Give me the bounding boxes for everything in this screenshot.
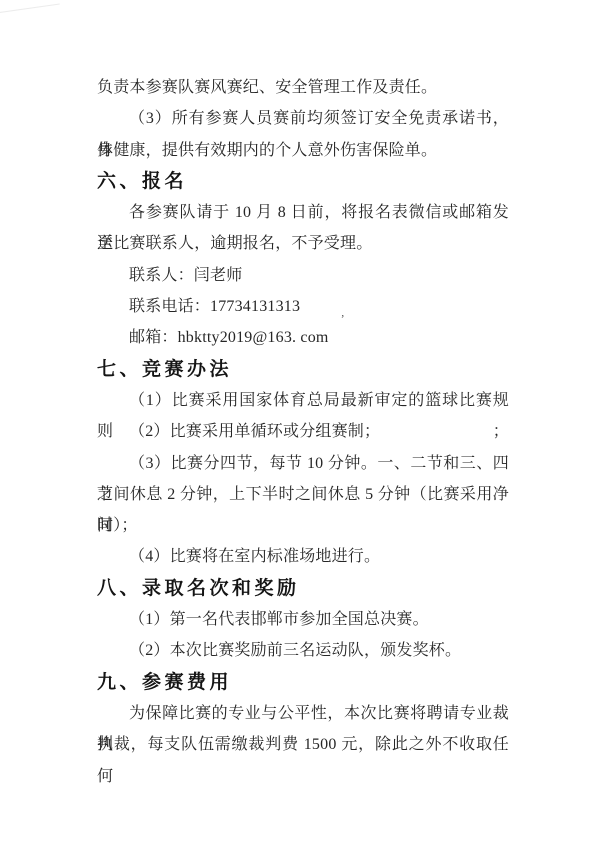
contact-phone-line: 联系电话：17734131313, bbox=[97, 291, 509, 322]
body-line: 各参赛队请于 10 月 8 日前，将报名表微信或邮箱发送 bbox=[97, 197, 509, 228]
body-line: 负责本参赛队赛风赛纪、安全管理工作及责任。 bbox=[97, 72, 509, 103]
contact-email-line: 邮箱：hbktty2019@163. com bbox=[97, 322, 509, 353]
body-line: 为保障比赛的专业与公平性，本次比赛将聘请专业裁判 bbox=[97, 698, 509, 729]
body-line: （1）比赛采用国家体育总局最新审定的篮球比赛规则； bbox=[97, 385, 509, 416]
document-page: 负责本参赛队赛风赛纪、安全管理工作及责任。 （3）所有参赛人员赛前均须签订安全免… bbox=[0, 0, 600, 846]
body-line: （3）所有参赛人员赛前均须签订安全免责承诺书，身 bbox=[97, 103, 509, 134]
scan-artifact-line bbox=[0, 4, 60, 14]
body-line: 至比赛联系人，逾期报名，不予受理。 bbox=[97, 228, 509, 259]
stray-mark: , bbox=[309, 297, 344, 328]
body-line: （4）比赛将在室内标准场地进行。 bbox=[97, 541, 509, 572]
contact-phone-text: 联系电话：17734131313 bbox=[129, 298, 300, 315]
section-heading-registration: 六、报名 bbox=[97, 166, 509, 197]
contact-person-line: 联系人：闫老师 bbox=[97, 260, 509, 291]
body-line: 体健康，提供有效期内的个人意外伤害保险单。 bbox=[97, 135, 509, 166]
section-heading-entry-fee: 九、参赛费用 bbox=[97, 667, 509, 698]
section-heading-competition-rules: 七、竞赛办法 bbox=[97, 354, 509, 385]
section-heading-ranking-awards: 八、录取名次和奖励 bbox=[97, 573, 509, 604]
body-line: 之间休息 2 分钟，上下半时之间休息 5 分钟（比赛采用净时 bbox=[97, 479, 509, 510]
body-line: 间）； bbox=[97, 510, 509, 541]
body-line: 执裁，每支队伍需缴裁判费 1500 元，除此之外不收取任何 bbox=[97, 729, 509, 760]
body-line: （3）比赛分四节，每节 10 分钟。一、二节和三、四节 bbox=[97, 448, 509, 479]
document-body: 负责本参赛队赛风赛纪、安全管理工作及责任。 （3）所有参赛人员赛前均须签订安全免… bbox=[97, 72, 509, 761]
body-line: （1）第一名代表邯郸市参加全国总决赛。 bbox=[97, 604, 509, 635]
body-line: （2）本次比赛奖励前三名运动队，颁发奖杯。 bbox=[97, 635, 509, 666]
